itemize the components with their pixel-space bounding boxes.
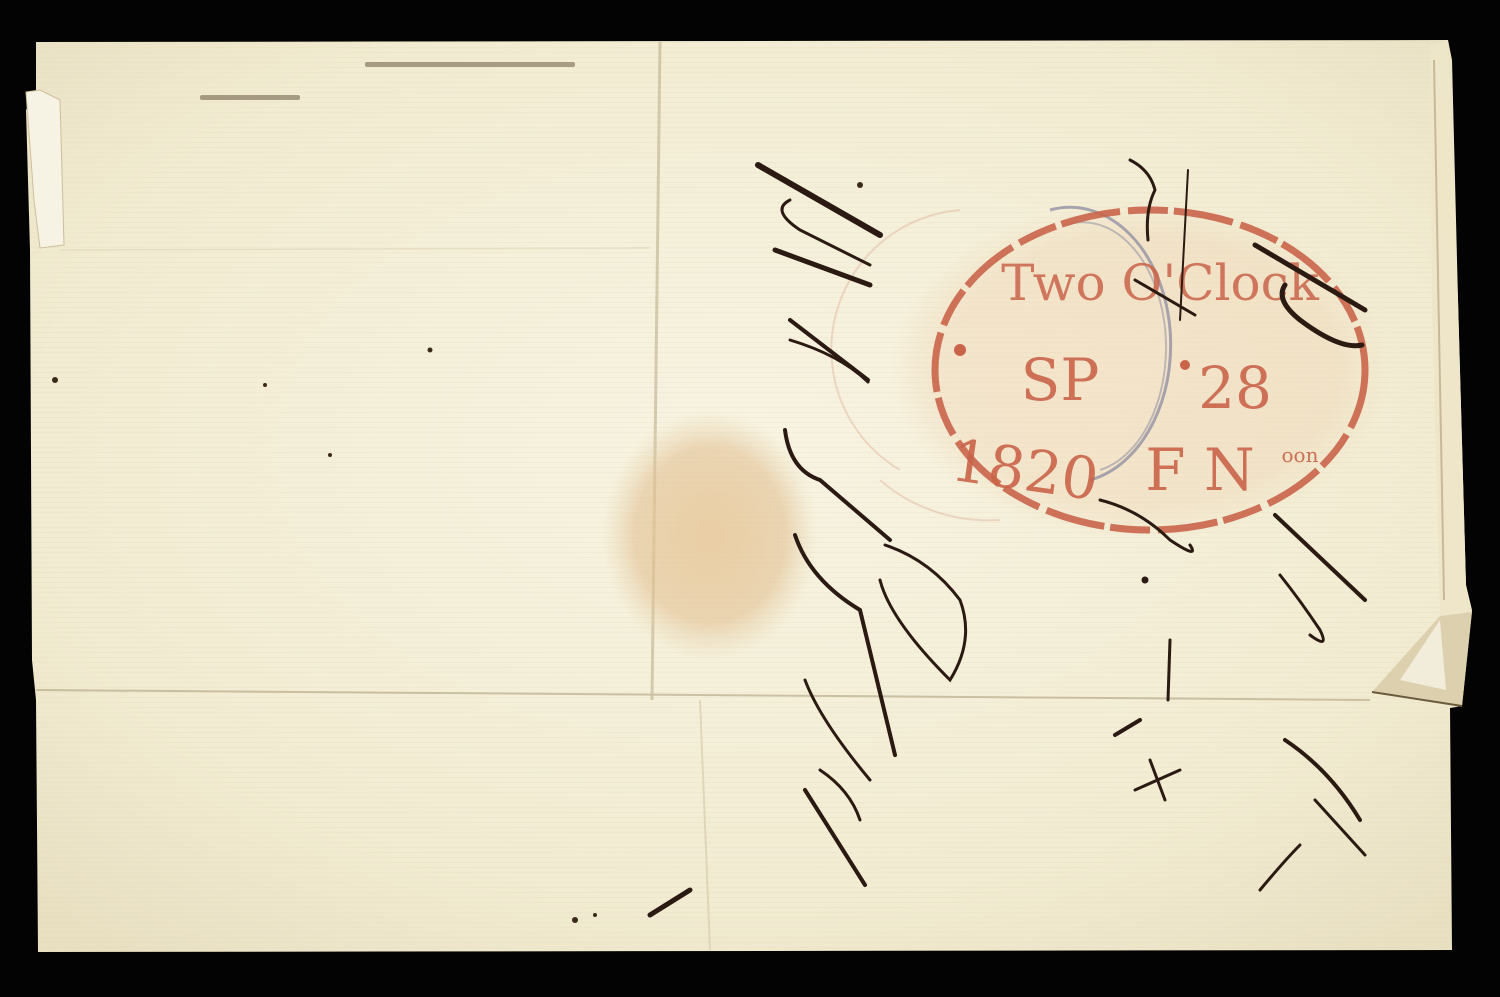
postmark-day: 28 — [1198, 354, 1272, 422]
postmark-top-text: Two O'Clock — [1001, 254, 1319, 312]
postmark-suffix: oon — [1282, 443, 1319, 467]
postmark-month: SP — [1021, 346, 1100, 414]
postmark-bottom-text: F N — [1145, 436, 1254, 504]
letter-cover: Two O'Clock SP 28 1820 F N oon — [0, 0, 1500, 997]
photo-background: Two O'Clock SP 28 1820 F N oon — [0, 0, 1500, 997]
wax-seal-stain — [602, 410, 818, 660]
